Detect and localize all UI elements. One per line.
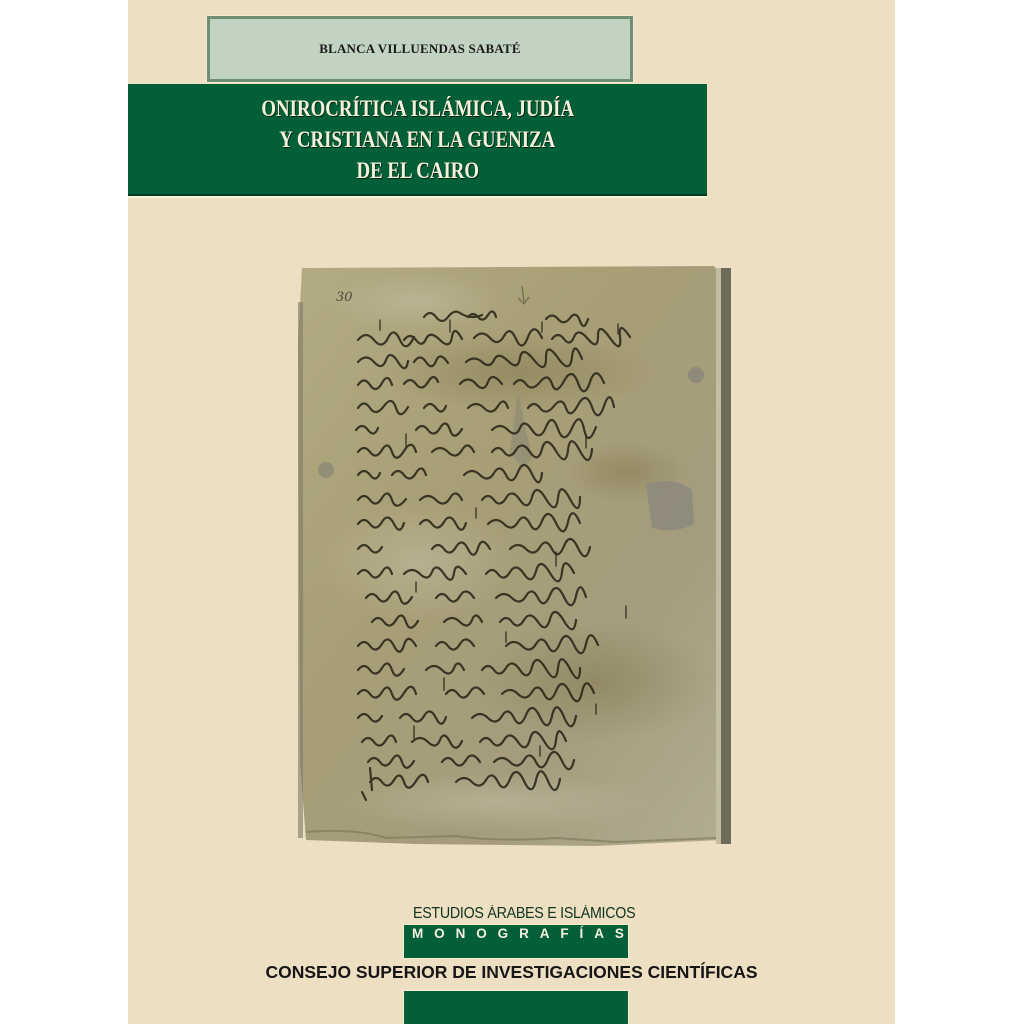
author-name: BLANCA VILLUENDAS SABATÉ	[319, 41, 521, 57]
subseries-letter: G	[498, 926, 509, 941]
subseries-letter: F	[560, 926, 568, 941]
subseries-letter: O	[434, 926, 445, 941]
subseries-box: M O N O G R A F Í A S	[404, 925, 628, 958]
subseries-letter: M	[412, 926, 423, 941]
manuscript-image: 30	[296, 262, 737, 848]
subseries-label: M O N O G R A F Í A S	[412, 926, 624, 941]
book-cover: BLANCA VILLUENDAS SABATÉ ONIROCRÍTICA IS…	[128, 0, 895, 1024]
author-box: BLANCA VILLUENDAS SABATÉ	[207, 16, 633, 82]
title-line-3: DE EL CAIRO	[356, 155, 479, 186]
subseries-letter: A	[594, 926, 604, 941]
title-line-2: Y CRISTIANA EN LA GUENIZA	[280, 124, 556, 155]
title-line-1: ONIROCRÍTICA ISLÁMICA, JUDÍA	[261, 93, 574, 124]
folio-number: 30	[336, 290, 353, 305]
subseries-letter: S	[615, 926, 624, 941]
manuscript-illustration	[296, 262, 737, 848]
title-band: ONIROCRÍTICA ISLÁMICA, JUDÍA Y CRISTIANA…	[128, 84, 707, 196]
subseries-letter: R	[519, 926, 529, 941]
subseries-letter: A	[540, 926, 550, 941]
publisher-name: CONSEJO SUPERIOR DE INVESTIGACIONES CIEN…	[128, 962, 895, 983]
subseries-letter: N	[456, 926, 466, 941]
series-name: ESTUDIOS ÁRABES E ISLÁMICOS	[413, 905, 619, 923]
subseries-letter: Í	[580, 926, 584, 941]
subseries-letter: O	[476, 926, 487, 941]
publisher-green-block	[404, 991, 628, 1024]
